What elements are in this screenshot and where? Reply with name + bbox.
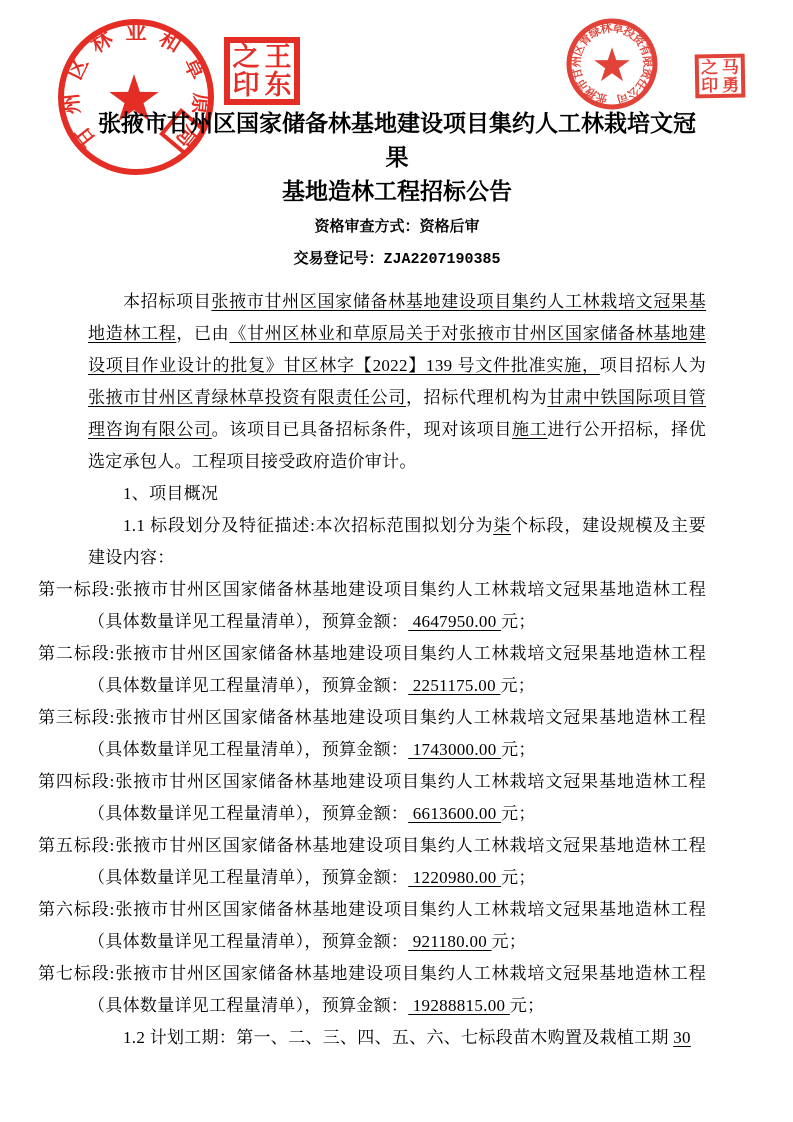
seal-ring [569,21,655,107]
plain-text: ，已由 [176,324,229,343]
seal-arc-char: 市 [573,75,591,93]
bid-section-2: 第二标段:张掖市甘州区国家储备林基地建设项目集约人工林栽培文冠果基地造林工程（具… [88,638,706,702]
clause-1-2: 1.2 计划工期：第一、二、三、四、五、六、七标段苗木购置及栽植工期 30 [88,1022,706,1054]
seal-char: 之 [233,44,260,71]
title-line-2: 基地造林工程招标公告 [282,178,512,204]
section-text: 第一标段:张掖市甘州区国家储备林基地建设项目集约人工林栽培文冠果基地造林工程（具… [38,580,706,631]
seal-arc-char: 草 [611,21,625,37]
plain-text: ，招标代理机构为 [406,388,547,407]
seal-arc-char: 林 [599,21,613,37]
section-text: 第五标段:张掖市甘州区国家储备林基地建设项目集约人工林栽培文冠果基地造林工程（具… [38,836,706,887]
qualification-review-line: 资格审查方式：资格后审 [88,217,706,237]
registration-number-line: 交易登记号：ZJA2207190385 [88,249,706,270]
section-text: 第二标段:张掖市甘州区国家储备林基地建设项目集约人工林栽培文冠果基地造林工程（具… [38,644,706,695]
underlined-text: 施工 [512,420,547,439]
seal-arc-char: 林 [86,26,117,58]
section-suffix: 元； [510,996,545,1015]
budget-amount: 2251175.00 [408,676,500,695]
budget-amount: 921180.00 [408,932,491,951]
section-suffix: 元； [501,804,536,823]
plain-text: 本招标项目 [123,292,211,311]
registration-number: ZJA2207190385 [383,251,500,268]
section-1-heading: 1、项目概况 [88,478,706,510]
underlined-text: 张掖市甘州区青绿林草投资有限责任公司 [88,388,406,407]
budget-amount: 6613600.00 [408,804,501,823]
section-suffix: 元； [501,612,536,631]
seal-arc-char: 绿 [585,23,603,42]
section-suffix: 元； [501,868,536,887]
bid-section-7: 第七标段:张掖市甘州区国家储备林基地建设项目集约人工林栽培文冠果基地造林工程（具… [88,958,706,1022]
seal-arc-char: 任 [632,76,650,94]
seal-arc-char: 草 [179,54,210,83]
bid-section-5: 第五标段:张掖市甘州区国家储备林基地建设项目集约人工林栽培文冠果基地造林工程（具… [88,830,706,894]
seal-arc-char: 限 [641,55,656,68]
seal-arc-char: 州 [570,56,584,68]
section-text: 第四标段:张掖市甘州区国家储备林基地建设项目集约人工林栽培文冠果基地造林工程（具… [38,772,706,823]
seal-char: 印 [233,72,260,99]
name-seal-wangdong: 之 王 印 东 [224,37,300,105]
plain-text: 项目招标人为 [600,356,706,375]
seal-arc-char: 资 [630,31,648,49]
seal-arc-char: 区 [63,54,93,83]
budget-amount: 1220980.00 [408,868,501,887]
seal-arc-text: 张掖市甘州区青绿林草投资有限责任公司 [569,21,655,107]
seal-char: 东 [265,72,292,99]
plain-text: 1、项目概况 [123,484,218,503]
star-icon [594,47,630,81]
seal-arc-char: 州 [59,92,84,115]
company-seal-right: 张掖市甘州区青绿林草投资有限责任公司 [569,21,655,107]
seal-arc-char: 有 [636,42,654,59]
document-page: 甘州区林业和草原局 张掖市甘州区青绿林草投资有限责任公司 之 王 印 东 之 马… [0,0,793,1122]
section-suffix: 元； [500,676,535,695]
underlined-text: 30 [673,1028,691,1047]
budget-amount: 1743000.00 [408,740,501,759]
plain-text: 1.2 计划工期：第一、二、三、四、五、六、七标段苗木购置及栽植工期 [123,1028,673,1047]
seal-arc-char: 公 [624,84,641,102]
seal-arc-char: 区 [570,42,588,59]
seal-arc-char: 投 [621,23,638,41]
seal-arc-char: 司 [615,90,630,107]
section-suffix: 元； [501,740,536,759]
bid-section-4: 第四标段:张掖市甘州区国家储备林基地建设项目集约人工林栽培文冠果基地造林工程（具… [88,766,706,830]
registration-label: 交易登记号： [293,250,383,267]
qualification-label: 资格审查方式： [314,218,419,235]
seal-arc-char: 责 [638,66,655,82]
plain-text: 1.1 标段划分及特征描述:本次招标范围拟划分为 [123,516,493,535]
seal-arc-char: 张 [593,90,609,107]
section-text: 第三标段:张掖市甘州区国家储备林基地建设项目集约人工林栽培文冠果基地造林工程（具… [38,708,706,759]
plain-text: 。该项目已具备招标条件，现对该项目 [212,420,512,439]
seal-char: 马 [722,58,739,75]
seal-char: 王 [265,44,292,71]
underlined-text: 柒 [493,516,511,535]
bid-section-6: 第六标段:张掖市甘州区国家储备林基地建设项目集约人工林栽培文冠果基地造林工程（具… [88,894,706,958]
seal-arc-char: 掖 [582,84,601,103]
seal-char: 印 [701,77,718,94]
seal-arc-char: 业 [126,21,147,44]
budget-amount: 19288815.00 [408,996,510,1015]
section-suffix: 元； [492,932,527,951]
seal-arc-char: 甘 [569,66,586,81]
seal-arc-char: 青 [576,31,594,49]
seal-arc-char: 和 [155,27,185,58]
name-seal-mayong: 之 马 印 勇 [695,54,746,99]
page-title: 张掖市甘州区国家储备林基地建设项目集约人工林栽培文冠果 基地造林工程招标公告 [88,106,706,208]
budget-amount: 4647950.00 [408,612,501,631]
bid-section-1: 第一标段:张掖市甘州区国家储备林基地建设项目集约人工林栽培文冠果基地造林工程（具… [88,574,706,638]
section-text: 第六标段:张掖市甘州区国家储备林基地建设项目集约人工林栽培文冠果基地造林工程（具… [38,900,706,951]
seal-char: 之 [701,59,718,76]
section-text: 第七标段:张掖市甘州区国家储备林基地建设项目集约人工林栽培文冠果基地造林工程（具… [38,964,706,1015]
document-body: 本招标项目张掖市甘州区国家储备林基地建设项目集约人工林栽培文冠果基地造林工程，已… [88,286,706,1054]
bid-section-3: 第三标段:张掖市甘州区国家储备林基地建设项目集约人工林栽培文冠果基地造林工程（具… [88,702,706,766]
intro-paragraph: 本招标项目张掖市甘州区国家储备林基地建设项目集约人工林栽培文冠果基地造林工程，已… [88,286,706,478]
seal-char: 勇 [722,76,739,93]
clause-1-1: 1.1 标段划分及特征描述:本次招标范围拟划分为柒个标段，建设规模及主要建设内容… [88,510,706,574]
qualification-value: 资格后审 [420,218,480,235]
title-line-1: 张掖市甘州区国家储备林基地建设项目集约人工林栽培文冠果 [98,110,696,170]
